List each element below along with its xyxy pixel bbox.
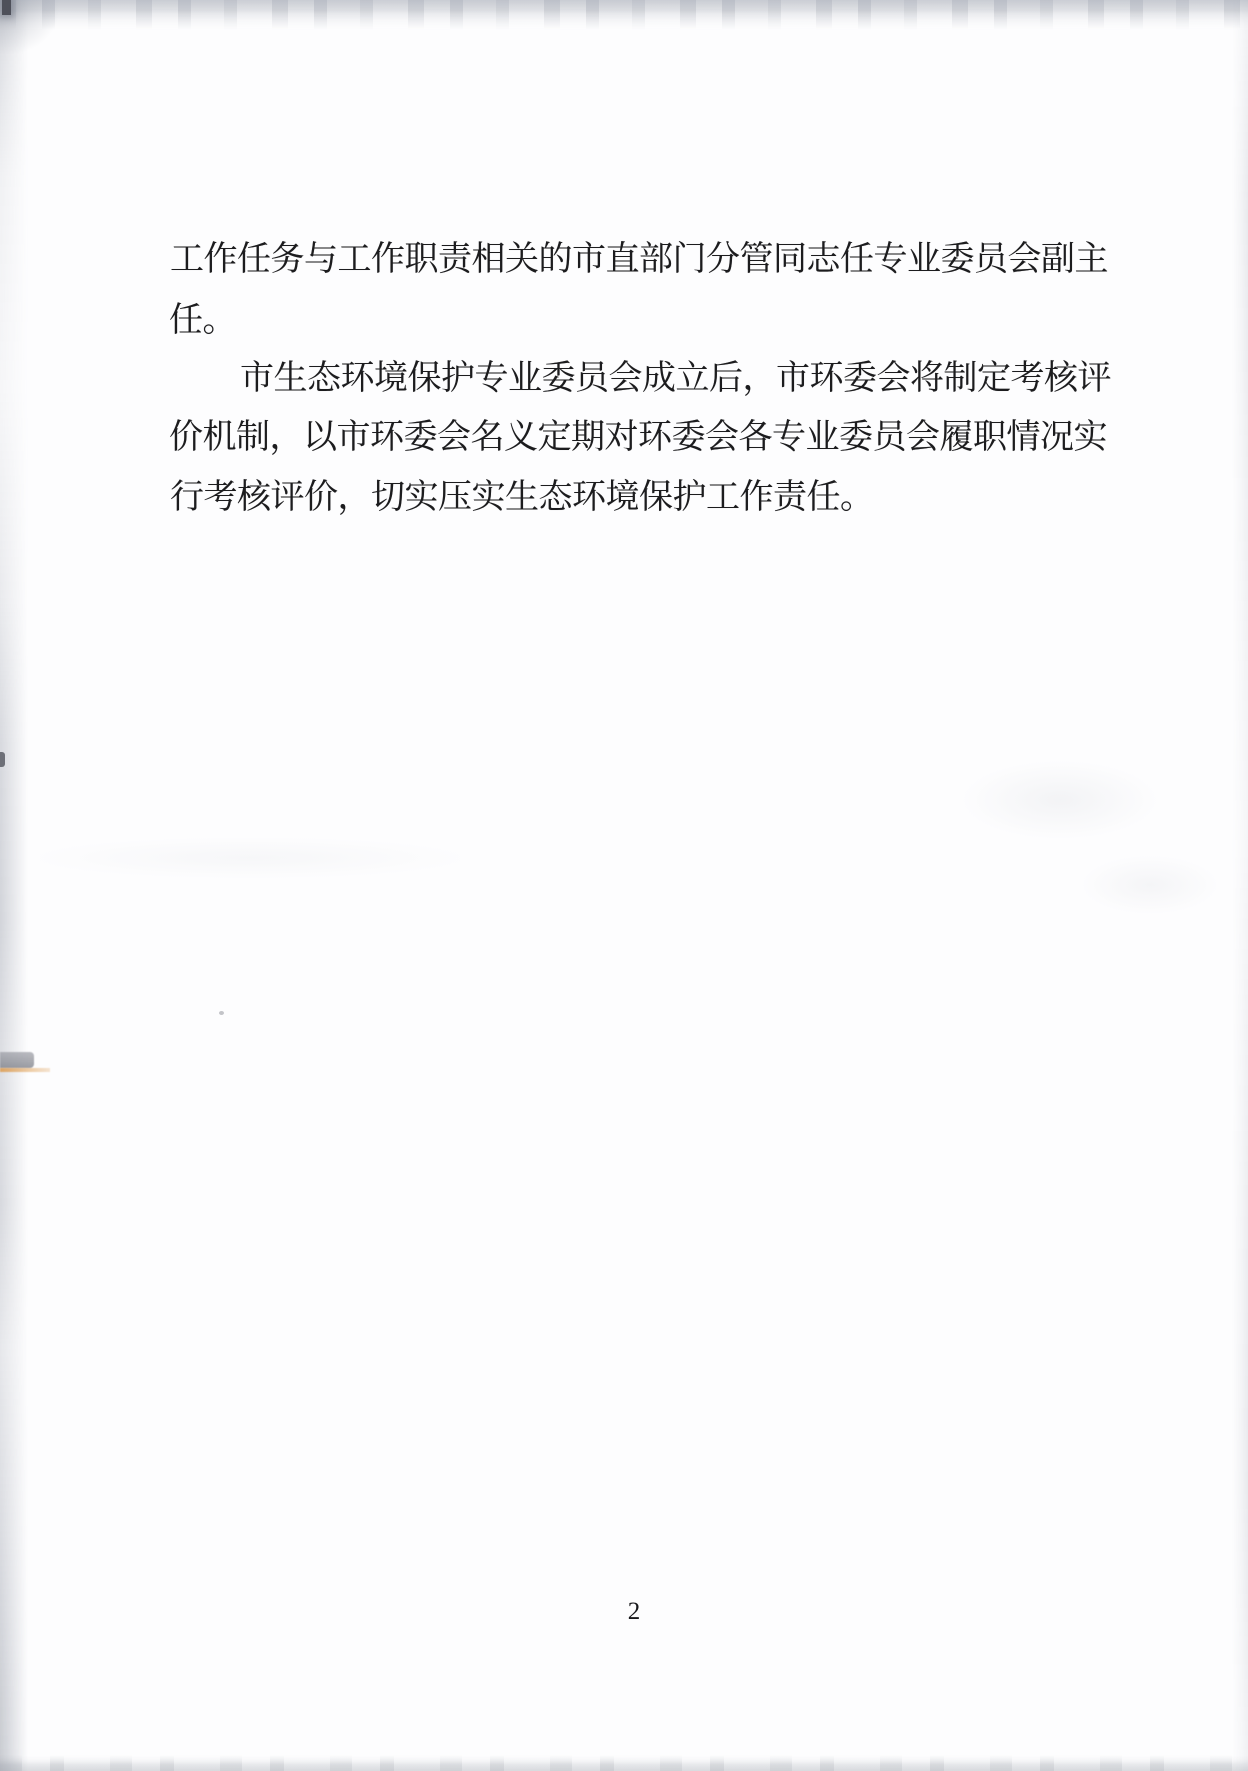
scan-artifact-orange-line [0,1068,50,1072]
scan-artifact-left-notch [0,752,5,767]
scan-artifact-smudge [1080,855,1220,915]
scan-artifact-speck [219,1011,224,1015]
scanned-document-page: 工作任务与工作职责相关的市直部门分管同志任专业委员会副主 任。 市生态环境保护专… [0,0,1248,1771]
scan-artifact-left-blob [0,1052,34,1068]
scan-artifact-bottom-edge [0,1755,1248,1771]
document-text-line: 工作任务与工作职责相关的市直部门分管同志任专业委员会副主 [170,243,1108,277]
scan-artifact-left-edge [0,0,28,1771]
document-text-line: 任。 [169,304,236,338]
scan-artifact-smudge [40,838,460,878]
scan-artifact-corner-mark [2,0,11,15]
scan-artifact-top-edge [0,0,1248,30]
scan-artifact-right-edge [1232,0,1248,1771]
document-text-line: 行考核评价，切实压实生态环境保护工作责任。 [170,481,874,515]
scan-artifact-smudge [960,760,1160,840]
scan-artifact-corner-haze [0,0,60,55]
page-number: 2 [0,1598,1248,1626]
document-text-line: 市生态环境保护专业委员会成立后，市环委会将制定考核评 [240,362,1111,396]
document-text-line: 价机制，以市环委会名义定期对环委会各专业委员会履职情况实 [169,421,1107,455]
